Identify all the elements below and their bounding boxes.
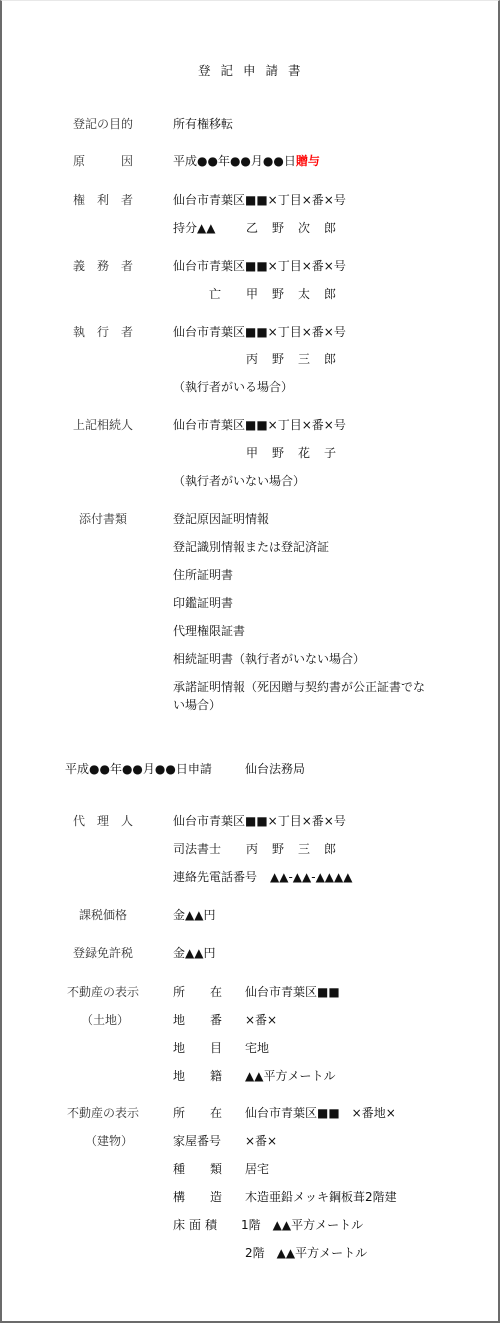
executor-label: 執行者	[73, 325, 145, 339]
land-key-area: 地籍	[173, 1069, 247, 1083]
attachment-item: 登記原因証明情報	[173, 512, 269, 526]
building-label: 不動産の表示	[67, 1106, 139, 1120]
building-key-type: 種類	[173, 1162, 247, 1176]
executor-note: （執行者がいる場合）	[173, 380, 293, 394]
executor-address: 仙台市青葉区■■×丁目×番×号	[173, 325, 346, 339]
building-value-floor-area-1f: 1階 ▲▲平方メートル	[241, 1218, 363, 1232]
right-holder-address: 仙台市青葉区■■×丁目×番×号	[173, 193, 346, 207]
agent-name: 丙野三郎	[246, 842, 350, 856]
obligor-deceased-mark: 亡	[209, 287, 221, 301]
purpose-label: 登記の目的	[73, 117, 133, 131]
registration-tax-value: 金▲▲円	[173, 946, 215, 960]
land-value-category: 宅地	[245, 1041, 269, 1055]
agent-phone: ▲▲-▲▲-▲▲▲▲	[270, 870, 353, 884]
building-value-house-number: ×番×	[245, 1134, 277, 1148]
heir-note: （執行者がいない場合）	[173, 474, 305, 488]
executor-name: 丙野三郎	[246, 352, 350, 366]
cause-type: 贈与	[296, 154, 320, 168]
building-value-type: 居宅	[245, 1162, 269, 1176]
right-holder-name: 乙野次郎	[246, 221, 350, 235]
tax-value: 金▲▲円	[173, 908, 215, 922]
purpose-value: 所有権移転	[173, 117, 233, 131]
cause-value: 平成●●年●●月●●日贈与	[173, 154, 320, 168]
building-key-location: 所在	[173, 1106, 247, 1120]
application-date: 平成●●年●●月●●日申請	[65, 762, 212, 776]
attachments-label: 添付書類	[79, 512, 127, 526]
attachment-item: い場合）	[173, 698, 221, 712]
agent-label: 代理人	[73, 814, 145, 828]
land-key-category: 地目	[173, 1041, 247, 1055]
application-office: 仙台法務局	[245, 762, 305, 776]
document-page: 登記申請書 登記の目的 所有権移転 原 因 平成●●年●●月●●日贈与 権利者 …	[0, 0, 500, 1323]
cause-label-right: 因	[121, 154, 133, 168]
land-key-lot-number: 地番	[173, 1013, 247, 1027]
heir-name: 甲野花子	[246, 446, 350, 460]
land-value-area: ▲▲平方メートル	[245, 1069, 335, 1083]
attachment-item: 承諾証明情報（死因贈与契約書が公正証書でな	[173, 680, 425, 694]
obligor-address: 仙台市青葉区■■×丁目×番×号	[173, 259, 346, 273]
obligor-name: 甲野太郎	[246, 287, 350, 301]
building-key-structure: 構造	[173, 1190, 247, 1204]
building-key-house-number: 家屋番号	[173, 1134, 221, 1148]
attachment-item: 印鑑証明書	[173, 596, 233, 610]
attachment-item: 住所証明書	[173, 568, 233, 582]
agent-address: 仙台市青葉区■■×丁目×番×号	[173, 814, 346, 828]
land-sublabel: （土地）	[81, 1013, 129, 1027]
land-label: 不動産の表示	[67, 985, 139, 999]
land-key-location: 所在	[173, 985, 247, 999]
building-value-structure: 木造亜鉛メッキ鋼板葺2階建	[245, 1190, 397, 1204]
cause-date: 平成●●年●●月●●日	[173, 154, 296, 168]
cause-label-left: 原	[73, 154, 85, 168]
building-value-location: 仙台市青葉区■■ ×番地×	[245, 1106, 396, 1120]
attachment-item: 登記識別情報または登記済証	[173, 540, 329, 554]
right-holder-label: 権利者	[73, 193, 145, 207]
registration-tax-label: 登録免許税	[73, 946, 133, 960]
building-value-floor-area-2f: 2階 ▲▲平方メートル	[245, 1246, 367, 1260]
attachment-item: 相続証明書（執行者がいない場合）	[173, 652, 365, 666]
heir-address: 仙台市青葉区■■×丁目×番×号	[173, 418, 346, 432]
document-title: 登記申請書	[198, 64, 311, 78]
attachment-item: 代理権限証書	[173, 624, 245, 638]
heir-label: 上記相続人	[73, 418, 133, 432]
agent-phone-label: 連絡先電話番号	[173, 870, 257, 884]
building-sublabel: （建物）	[85, 1134, 133, 1148]
tax-value-label: 課税価格	[79, 908, 127, 922]
land-value-location: 仙台市青葉区■■	[245, 985, 340, 999]
obligor-label: 義務者	[73, 259, 145, 273]
right-holder-share: 持分▲▲	[173, 221, 215, 235]
land-value-lot-number: ×番×	[245, 1013, 277, 1027]
building-key-floor-area: 床面積	[173, 1218, 221, 1232]
agent-title: 司法書士	[173, 842, 221, 856]
